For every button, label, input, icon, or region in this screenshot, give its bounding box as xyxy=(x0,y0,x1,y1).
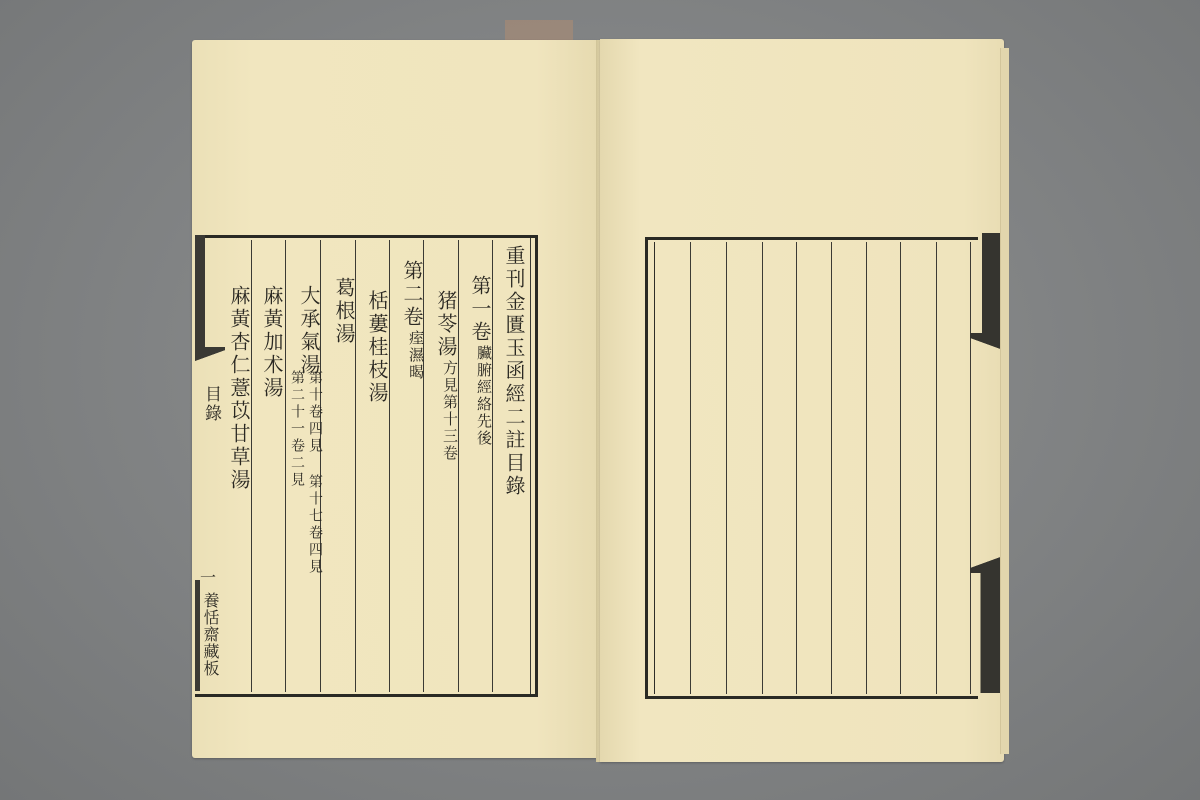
page-number: 一 xyxy=(200,565,216,588)
publisher-imprint: 養恬齋藏板 xyxy=(199,592,222,677)
frame-inner-border xyxy=(654,242,655,694)
toc-entry-note: 第二十一卷二見 xyxy=(287,370,307,489)
toc-entry: 猪苓湯 xyxy=(432,290,461,359)
column-rule xyxy=(900,242,901,694)
block-banner-right xyxy=(970,233,1000,693)
page-title: 重刊金匱玉函經二註目錄 xyxy=(500,245,529,498)
banner-black-mouth xyxy=(982,233,1000,333)
banner-black-mouth xyxy=(970,573,1000,693)
fish-tail-ornament xyxy=(970,549,1000,573)
column-rule xyxy=(762,242,763,694)
column-rule xyxy=(936,242,937,694)
toc-entry: 麻黃加术湯 xyxy=(258,285,287,400)
banner-black-mouth xyxy=(195,235,205,347)
page-edges xyxy=(1000,48,1009,754)
column-rule xyxy=(726,242,727,694)
toc-entry-note: 方見第十三卷 xyxy=(440,360,461,462)
frame-inner-border xyxy=(530,238,531,694)
toc-volume-heading: 第二卷 xyxy=(398,260,427,329)
toc-volume-note: 痓濕暍 xyxy=(406,330,427,381)
banner-section-title: 目錄 xyxy=(199,385,224,423)
toc-entry: 葛根湯 xyxy=(330,277,359,346)
toc-entry: 大承氣湯 xyxy=(295,285,324,377)
column-rule xyxy=(796,242,797,694)
right-page-frame xyxy=(645,237,978,699)
column-rule xyxy=(831,242,832,694)
toc-entry: 栝蔞桂枝湯 xyxy=(363,290,392,405)
toc-volume-note: 臟腑經絡先後 xyxy=(474,345,495,447)
column-rule xyxy=(866,242,867,694)
column-rule xyxy=(690,242,691,694)
toc-volume-heading: 第一卷 xyxy=(466,275,495,344)
fish-tail-ornament xyxy=(970,333,1000,357)
fish-tail-ornament xyxy=(195,347,225,367)
toc-entry: 麻黃杏仁薏苡甘草湯 xyxy=(225,285,254,492)
toc-entry-note: 第十卷四見 第十七卷四見 xyxy=(305,370,325,576)
